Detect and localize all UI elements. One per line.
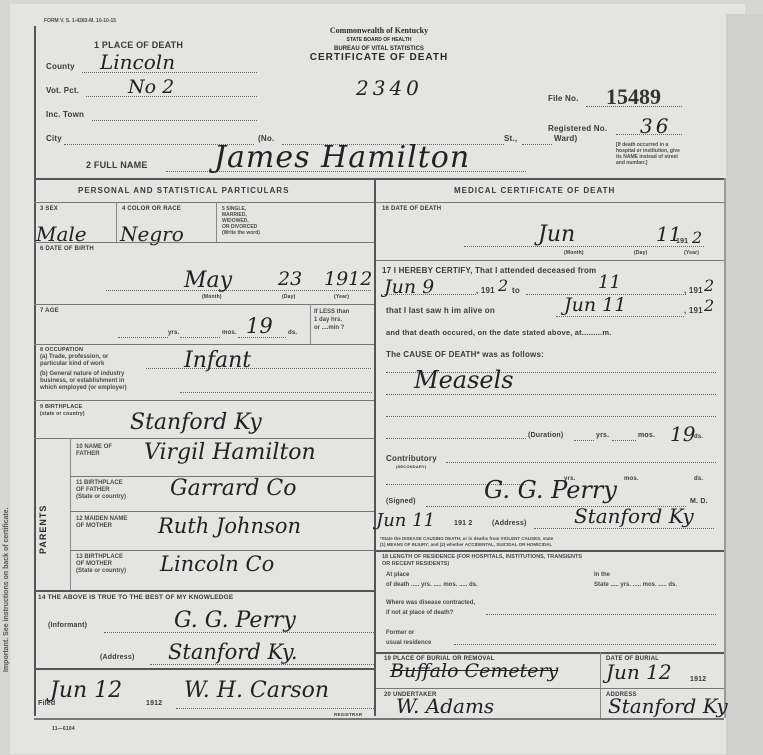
city-label: City (46, 134, 62, 143)
age-mos-label: mos. (222, 330, 237, 336)
personal-section-title: PERSONAL AND STATISTICAL PARTICULARS (78, 186, 289, 195)
disease-contracted-line (486, 614, 716, 615)
informant-label: (Informant) (48, 622, 87, 629)
county-value: Lincoln (100, 50, 175, 74)
signed-label: (Signed) (386, 498, 416, 505)
year-caption: (Year) (334, 294, 349, 300)
place-of-death-label: 1 PLACE OF DEATH (94, 40, 183, 50)
hospital-note: [If death occurred in a hospital or inst… (616, 142, 686, 166)
occupation-label: 8 OCCUPATION (40, 347, 83, 353)
day-caption: (Day) (282, 294, 296, 300)
rule (34, 344, 374, 345)
medical-section-title: MEDICAL CERTIFICATE OF DEATH (454, 186, 615, 195)
attended-to-label: to (512, 286, 520, 295)
employer-line (180, 392, 372, 393)
death-year-prefix: 191 (676, 238, 688, 245)
certificate-header: Commonwealth of Kentucky STATE BOARD OF … (284, 26, 474, 63)
rule (376, 652, 724, 654)
registered-no-value: 36 (640, 114, 671, 138)
background-strip (726, 14, 763, 755)
occupation-a-label: (a) Trade, profession, or particular kin… (40, 354, 108, 368)
rule (34, 242, 374, 243)
cause-of-death-value: Measels (414, 366, 514, 394)
certificate-number: 2340 (356, 76, 423, 100)
father-birthplace-value: Garrard Co (170, 476, 297, 501)
death-year-suffix: 2 (692, 228, 702, 247)
duration-yrs-label: yrs. (596, 432, 609, 439)
duration-mos-line (612, 440, 636, 441)
full-name-label: 2 FULL NAME (86, 160, 148, 170)
month-caption: (Month) (202, 294, 222, 300)
ward-line (522, 144, 552, 145)
registrar-signature: W. H. Carson (184, 678, 329, 703)
form-code-top: FORM V. S. 1-4283-M. 10-10-15 (44, 18, 116, 24)
rule (376, 202, 724, 203)
rule (116, 202, 117, 242)
dob-year: 1912 (324, 268, 372, 290)
attended-from-line (384, 294, 476, 295)
less-than-day-label: If LESS than 1 day hrs. or ....min ? (314, 308, 349, 332)
cause-footnote: *State the DISEASE CAUSING DEATH, or in … (380, 536, 553, 548)
registered-no-label: Registered No. (548, 124, 607, 133)
ward-label: Ward) (554, 134, 577, 143)
informant-address-value: Stanford Ky. (168, 640, 298, 664)
attended-from-year-prefix: , 191 (476, 286, 495, 295)
mother-birthplace-value: Lincoln Co (160, 552, 274, 576)
race-label: 4 COLOR OR RACE (122, 206, 181, 212)
dob-month: May (184, 268, 232, 293)
last-saw-statement: that I last saw h im alive on (386, 306, 495, 315)
mother-birthplace-label: 13 BIRTHPLACE OF MOTHER (State or countr… (76, 554, 126, 575)
physician-address-label: (Address) (492, 520, 526, 527)
mother-name-value: Ruth Johnson (158, 514, 301, 538)
inc-town-label: Inc. Town (46, 110, 84, 119)
registrar-caption: REGISTRAR (334, 712, 362, 717)
birthplace-sublabel: (state or country) (40, 411, 85, 417)
secondary-label: (SECONDARY) (396, 464, 426, 469)
physician-address-line (534, 528, 714, 529)
contributory-label: Contributory (386, 454, 437, 463)
informant-value: G. G. Perry (174, 608, 296, 633)
mother-name-label: 12 MAIDEN NAME OF MOTHER (76, 516, 127, 530)
parents-label: PARENTS (38, 505, 48, 554)
frame-left (34, 26, 36, 716)
informant-address-label: (Address) (100, 654, 134, 661)
dob-label: 6 DATE OF BIRTH (40, 246, 94, 252)
occupation-b-label: (b) General nature of industry business,… (40, 371, 127, 392)
contributory-line (446, 462, 716, 463)
rule (70, 550, 374, 551)
rule (34, 400, 374, 401)
rule (376, 260, 724, 261)
age-mos-line (180, 337, 220, 338)
last-saw-year-suffix: 2 (704, 296, 714, 315)
signed-date: Jun 11 (376, 510, 435, 531)
residence-in-state: In the State ..... yrs. ..... mos. .....… (594, 570, 677, 590)
rule (216, 202, 217, 242)
certificate-title: CERTIFICATE OF DEATH (284, 52, 474, 63)
age-yrs-label: yrs. (168, 330, 179, 336)
informant-address-line (150, 664, 374, 665)
death-occurred-statement: and that death occured, on the date stat… (386, 328, 612, 337)
date-of-death-label: 16 DATE OF DEATH (382, 206, 441, 212)
cause-line-4 (386, 438, 526, 439)
father-birthplace-label: 11 BIRTHPLACE OF FATHER (State or countr… (76, 480, 126, 501)
residence-label: 18 LENGTH OF RESIDENCE (FOR HOSPITALS, I… (382, 554, 582, 568)
disease-contracted-label: Where was disease contracted, if not at … (386, 598, 475, 618)
rule (70, 438, 71, 590)
certify-statement: 17 I HEREBY CERTIFY, That I attended dec… (382, 266, 596, 275)
vot-pct-label: Vot. Pct. (46, 86, 79, 95)
attended-to-year-suffix: 2 (704, 276, 714, 295)
undertaker-value: W. Adams (396, 694, 494, 718)
residence-at-place: At place of death ..... yrs. ..... mos. … (386, 570, 478, 590)
duration-ds-label: ds. (694, 434, 703, 440)
vot-pct-value: No 2 (128, 76, 174, 98)
physician-address-value: Stanford Ky (574, 504, 694, 528)
attended-to-year-prefix: , 191 (684, 286, 703, 295)
file-no-label: File No. (548, 94, 579, 103)
board-name: STATE BOARD OF HEALTH (284, 37, 474, 43)
duration-yrs-line (574, 440, 594, 441)
informant-statement: 14 THE ABOVE IS TRUE TO THE BEST OF MY K… (38, 594, 233, 601)
last-saw-date: Jun 11 (564, 294, 626, 316)
rule (34, 590, 374, 592)
birthplace-label: 9 BIRTHPLACE (40, 404, 82, 410)
dob-line (106, 290, 371, 291)
death-month: Jun (538, 222, 575, 247)
occupation-value: Infant (184, 348, 251, 373)
duration-mos-label: mos. (638, 432, 655, 439)
street-label: St., (504, 134, 517, 143)
birthplace-value: Stanford Ky (130, 410, 262, 435)
form-code-bottom: 11—6104 (52, 726, 75, 732)
rule (310, 304, 311, 344)
duration-days-value: 19 (670, 422, 695, 446)
death-month-caption: (Month) (564, 250, 584, 256)
death-year-caption: (Year) (684, 250, 699, 256)
margin-note: Important. See instructions on back of c… (3, 507, 10, 672)
death-certificate-form: FORM V. S. 1-4283-M. 10-10-15 1 PLACE OF… (34, 14, 726, 714)
rule (34, 718, 724, 720)
burial-date-value: Jun 12 (606, 660, 672, 684)
attended-to-date: 11 (598, 272, 621, 293)
filed-date-value: Jun 12 (50, 678, 122, 703)
father-name-label: 10 NAME OF FATHER (76, 444, 112, 458)
last-saw-line (556, 316, 684, 317)
death-day-caption: (Day) (634, 250, 648, 256)
rule (34, 438, 374, 439)
rule (34, 668, 374, 670)
cause-line-2 (386, 394, 716, 395)
rule (34, 202, 374, 203)
date-of-death-line (464, 246, 704, 247)
age-yrs-line (118, 337, 168, 338)
rule (376, 688, 724, 689)
contributory-ds-label: ds. (694, 476, 703, 482)
attended-from-year-suffix: 2 (498, 276, 508, 295)
inc-town-line (92, 120, 257, 121)
rule (70, 511, 374, 512)
frame-right (724, 178, 726, 718)
occupation-line (146, 368, 371, 369)
father-name-value: Virgil Hamilton (144, 440, 316, 465)
former-residence-line (454, 644, 716, 645)
age-ds-label: ds. (288, 330, 297, 336)
duration-label: (Duration) (528, 432, 563, 439)
physician-signature: G. G. Perry (484, 476, 617, 504)
age-days-value: 19 (246, 314, 273, 338)
burial-place-value: Buffalo Cemetery (390, 660, 558, 682)
cause-of-death-label: The CAUSE OF DEATH* was as follows: (386, 350, 544, 359)
rule (34, 304, 374, 305)
county-label: County (46, 62, 75, 71)
former-residence-label: Former or usual residence (386, 628, 431, 648)
state-name: Commonwealth of Kentucky (284, 26, 474, 35)
last-saw-year-prefix: , 191 (684, 306, 703, 315)
contributory-mos-label: mos. (624, 476, 639, 482)
registrar-line (176, 708, 374, 709)
cause-line-3 (386, 416, 716, 417)
burial-year: 1912 (690, 676, 706, 683)
body-top-rule (34, 178, 724, 180)
signed-year: 191 2 (454, 520, 473, 527)
rule (600, 652, 601, 718)
dob-day: 23 (278, 268, 302, 290)
filed-year: 1912 (146, 700, 162, 707)
file-no-value: 15489 (606, 84, 661, 110)
rule (376, 550, 724, 552)
marital-status-label: 5 SINGLE, MARRIED, WIDOWED, OR DIVORCED … (222, 206, 260, 236)
sex-label: 3 SEX (40, 206, 58, 212)
age-label: 7 AGE (40, 308, 59, 314)
full-name-value: James Hamilton (214, 140, 470, 175)
undertaker-address-value: Stanford Ky (608, 694, 728, 718)
